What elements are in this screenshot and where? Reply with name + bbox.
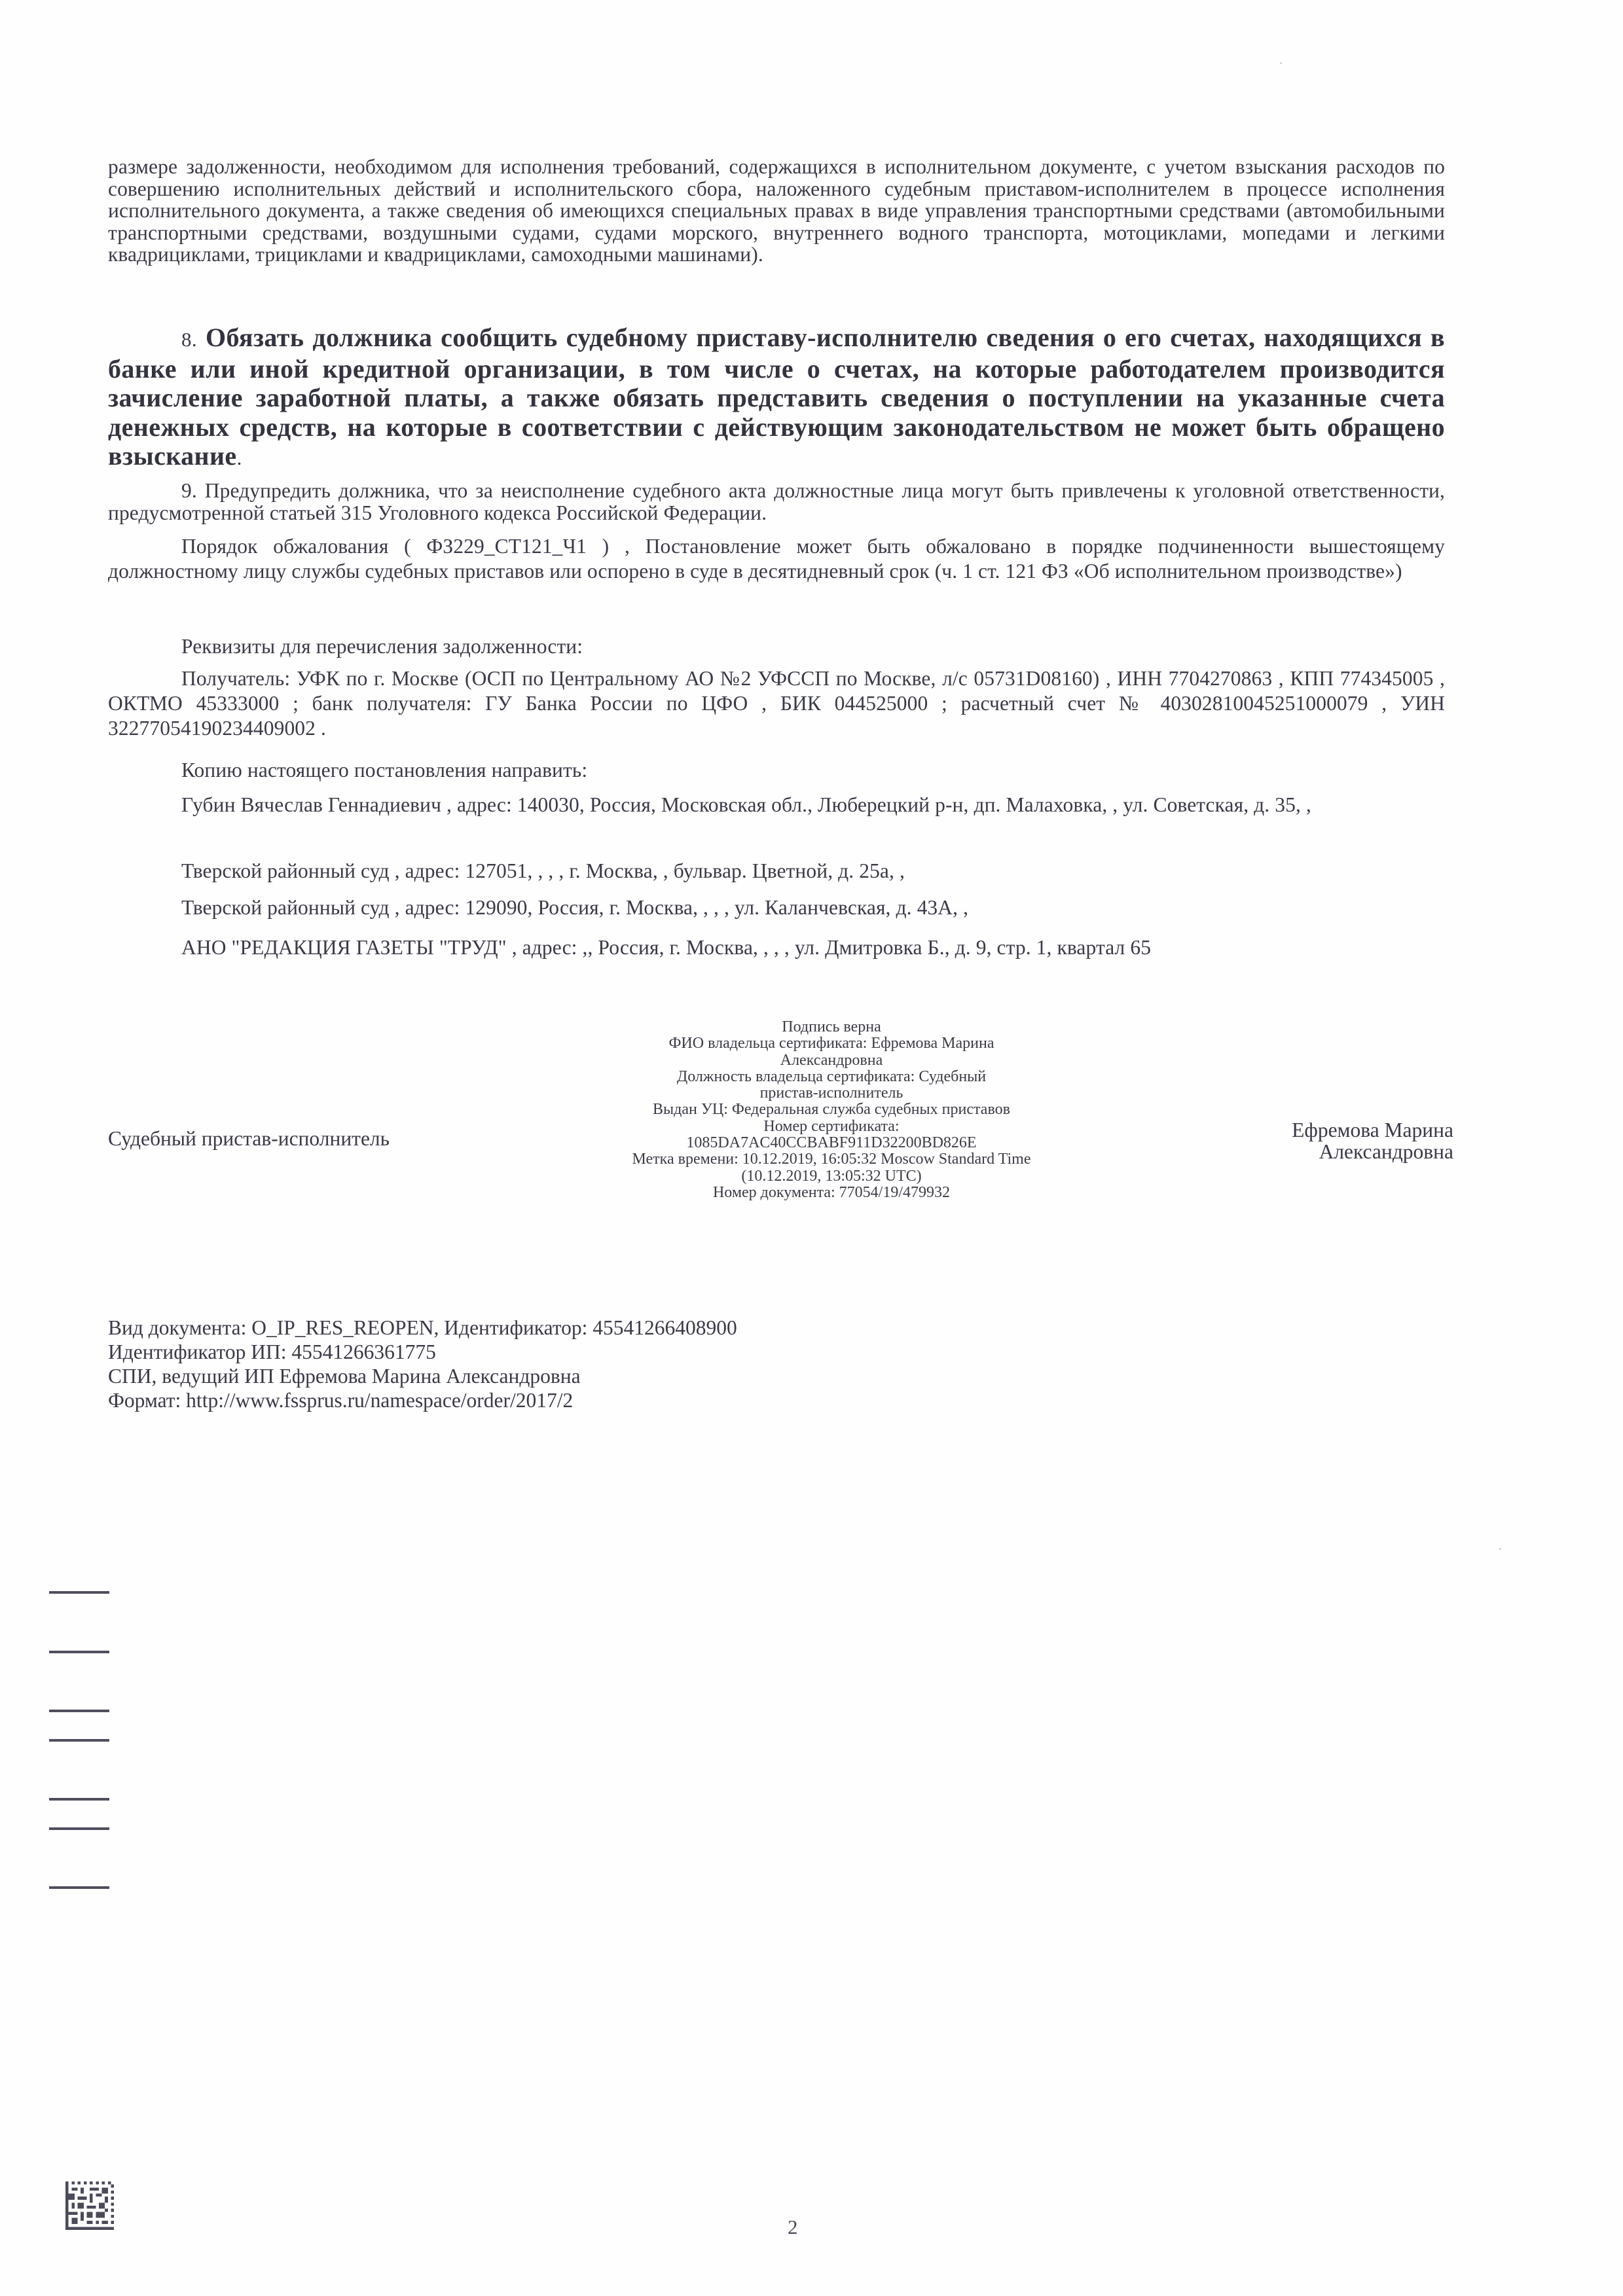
label-text: Реквизиты для перечисления задолженности… (108, 636, 1445, 658)
signer-name-line: Александровна (1231, 1141, 1453, 1162)
stamp-line: Должность владельца сертификата: Судебны… (537, 1069, 1126, 1085)
document-page: размере задолженности, необходимом для и… (0, 0, 1623, 2296)
metadata-document-type: Вид документа: O_IP_RES_REOPEN, Идентифи… (108, 1316, 737, 1340)
paragraph-item-9: 9. Предупредить должника, что за неиспол… (108, 480, 1445, 524)
paragraph-item-8: 8. Обязать должника сообщить судебному п… (108, 323, 1445, 473)
margin-mark (49, 1651, 109, 1653)
metadata-ip-id: Идентификатор ИП: 45541266361775 (108, 1340, 737, 1364)
recipient-address: Тверской районный суд , адрес: 127051, ,… (108, 860, 1445, 882)
stamp-line: ФИО владельца сертификата: Ефремова Мари… (537, 1035, 1126, 1052)
margin-mark (49, 1798, 109, 1801)
certificate-number: 1085DA7AC40CCBABF911D32200BD826E (537, 1135, 1126, 1151)
margin-mark (49, 1827, 109, 1830)
page-number: 2 (788, 2215, 798, 2239)
margin-mark (49, 1591, 109, 1594)
stamp-line: пристав-исполнитель (537, 1085, 1126, 1102)
paragraph-debt-info-continuation: размере задолженности, необходимом для и… (108, 156, 1445, 266)
paragraph-payment-recipient: Получатель: УФК по г. Москве (ОСП по Цен… (108, 666, 1445, 741)
copy-recipient-item: Тверской районный суд , адрес: 127051, ,… (108, 860, 1445, 882)
metadata-officer: СПИ, ведущий ИП Ефремова Марина Александ… (108, 1364, 737, 1388)
paragraph-appeal-procedure: Порядок обжалования ( ФЗ229_СТ121_Ч1 ) ,… (108, 534, 1445, 584)
copy-recipient-item: Губин Вячеслав Геннадиевич , адрес: 1400… (108, 792, 1445, 818)
timestamp: Метка времени: 10.12.2019, 16:05:32 Mosc… (537, 1151, 1126, 1168)
stamp-line: Александровна (537, 1052, 1126, 1069)
paragraph-text: размере задолженности, необходимом для и… (108, 156, 1445, 266)
datamatrix-barcode-icon (65, 2181, 114, 2230)
signer-name-line: Ефремова Марина (1231, 1119, 1453, 1141)
metadata-format: Формат: http://www.fssprus.ru/namespace/… (108, 1388, 737, 1412)
item-8-trailing: . (237, 446, 242, 469)
recipient-address: Тверской районный суд , адрес: 129090, Р… (108, 897, 1445, 919)
scan-speck (1280, 62, 1282, 64)
margin-mark (49, 1739, 109, 1742)
item-number: 8. (181, 328, 197, 351)
label-text: Копию настоящего постановления направить… (108, 759, 1445, 781)
document-number: Номер документа: 77054/19/479932 (537, 1185, 1126, 1201)
copy-recipient-item: АНО "РЕДАКЦИЯ ГАЗЕТЫ "ТРУД" , адрес: ,, … (108, 933, 1445, 963)
recipient-address: АНО "РЕДАКЦИЯ ГАЗЕТЫ "ТРУД" , адрес: ,, … (108, 933, 1445, 963)
stamp-line: Выдан УЦ: Федеральная служба судебных пр… (537, 1102, 1126, 1118)
paragraph-text: Получатель: УФК по г. Москве (ОСП по Цен… (108, 666, 1445, 741)
copy-recipient-item: Тверской районный суд , адрес: 129090, Р… (108, 897, 1445, 919)
digital-signature-stamp: Подпись верна ФИО владельца сертификата:… (537, 1019, 1126, 1201)
scan-speck (1499, 1548, 1501, 1550)
copy-recipients-label: Копию настоящего постановления направить… (108, 759, 1445, 781)
stamp-line: Подпись верна (537, 1019, 1126, 1035)
paragraph-text: Порядок обжалования ( ФЗ229_СТ121_Ч1 ) ,… (108, 534, 1445, 584)
margin-mark (49, 1886, 109, 1889)
item-8-bold-text: Обязать должника сообщить судебному прис… (108, 323, 1445, 471)
signer-role: Судебный пристав-исполнитель (108, 1127, 390, 1151)
margin-mark (49, 1710, 109, 1712)
requisites-label: Реквизиты для перечисления задолженности… (108, 636, 1445, 658)
signer-name: Ефремова Марина Александровна (1231, 1119, 1453, 1162)
stamp-line: Номер сертификата: (537, 1119, 1126, 1135)
paragraph-text: 9. Предупредить должника, что за неиспол… (108, 480, 1445, 524)
recipient-address: Губин Вячеслав Геннадиевич , адрес: 1400… (108, 792, 1445, 818)
timestamp-utc: (10.12.2019, 13:05:32 UTC) (537, 1168, 1126, 1185)
document-metadata: Вид документа: O_IP_RES_REOPEN, Идентифи… (108, 1316, 737, 1412)
